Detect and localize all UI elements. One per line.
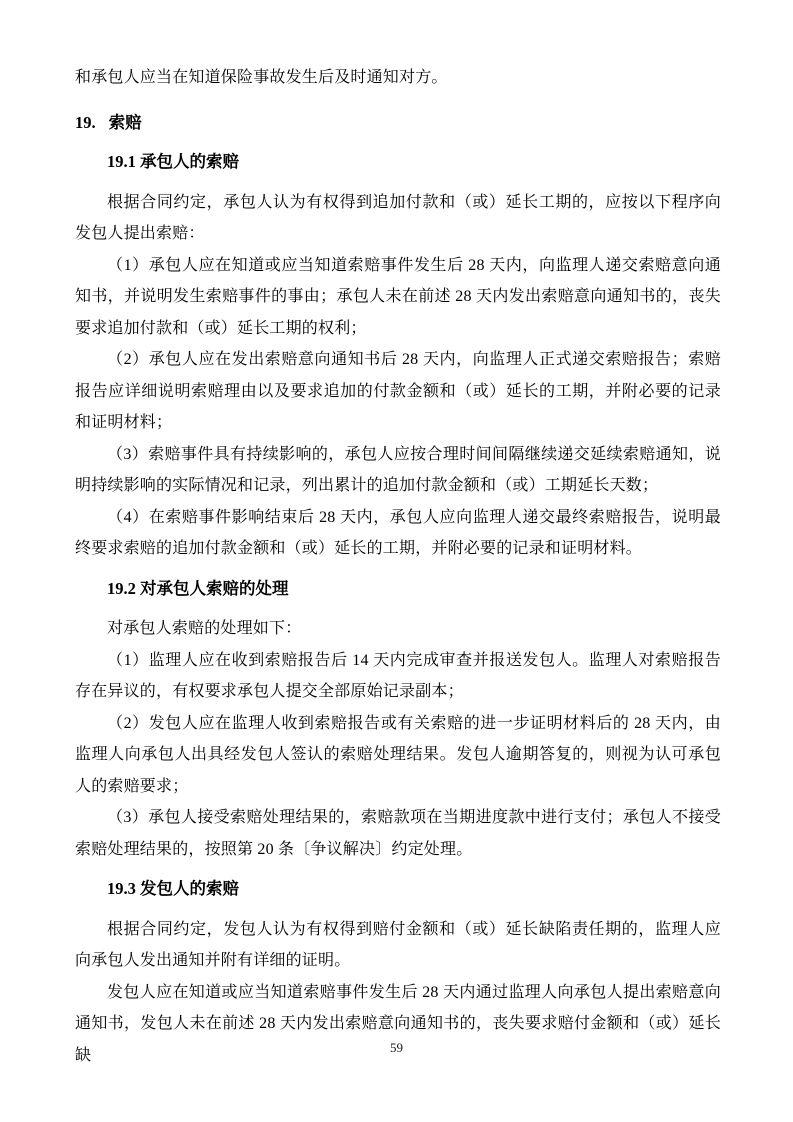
paragraph-19-2-intro: 对承包人索赔的处理如下： bbox=[75, 613, 721, 645]
section-heading-19: 19.索赔 bbox=[75, 107, 721, 139]
subsection-heading-19-1: 19.1 承包人的索赔 bbox=[75, 146, 721, 178]
subsection-heading-19-3: 19.3 发包人的索赔 bbox=[75, 873, 721, 905]
section-number: 19. bbox=[75, 107, 96, 139]
paragraph-19-2-item-3: （3）承包人接受索赔处理结果的，索赔款项在当期进度款中进行支付；承包人不接受索赔… bbox=[75, 802, 721, 865]
paragraph-19-1-item-4: （4）在索赔事件影响结束后 28 天内，承包人应向监理人递交最终索赔报告，说明最… bbox=[75, 502, 721, 565]
paragraph-19-1-intro: 根据合同约定，承包人认为有权得到追加付款和（或）延长工期的，应按以下程序向发包人… bbox=[75, 187, 721, 250]
paragraph-19-2-item-1: （1）监理人应在收到索赔报告后 14 天内完成审查并报送发包人。监理人对索赔报告… bbox=[75, 645, 721, 708]
document-page: 和承包人应当在知道保险事故发生后及时通知对方。 19.索赔 19.1 承包人的索… bbox=[0, 0, 793, 1122]
paragraph-19-2-item-2: （2）发包人应在监理人收到索赔报告或有关索赔的进一步证明材料后的 28 天内，由… bbox=[75, 708, 721, 803]
document-content: 和承包人应当在知道保险事故发生后及时通知对方。 19.索赔 19.1 承包人的索… bbox=[75, 62, 721, 1071]
paragraph-19-3-intro: 根据合同约定，发包人认为有权得到赔付金额和（或）延长缺陷责任期的，监理人应向承包… bbox=[75, 914, 721, 977]
paragraph-19-1-item-1: （1）承包人应在知道或应当知道索赔事件发生后 28 天内，向监理人递交索赔意向通… bbox=[75, 250, 721, 345]
paragraph-19-1-item-2: （2）承包人应在发出索赔意向通知书后 28 天内，向监理人正式递交索赔报告；索赔… bbox=[75, 344, 721, 439]
page-number: 59 bbox=[0, 1038, 793, 1058]
paragraph-insurance-notice-continuation: 和承包人应当在知道保险事故发生后及时通知对方。 bbox=[75, 62, 721, 94]
paragraph-19-1-item-3: （3）索赔事件具有持续影响的，承包人应按合理时间间隔继续递交延续索赔通知，说明持… bbox=[75, 439, 721, 502]
section-title: 索赔 bbox=[109, 113, 142, 132]
subsection-heading-19-2: 19.2 对承包人索赔的处理 bbox=[75, 573, 721, 605]
